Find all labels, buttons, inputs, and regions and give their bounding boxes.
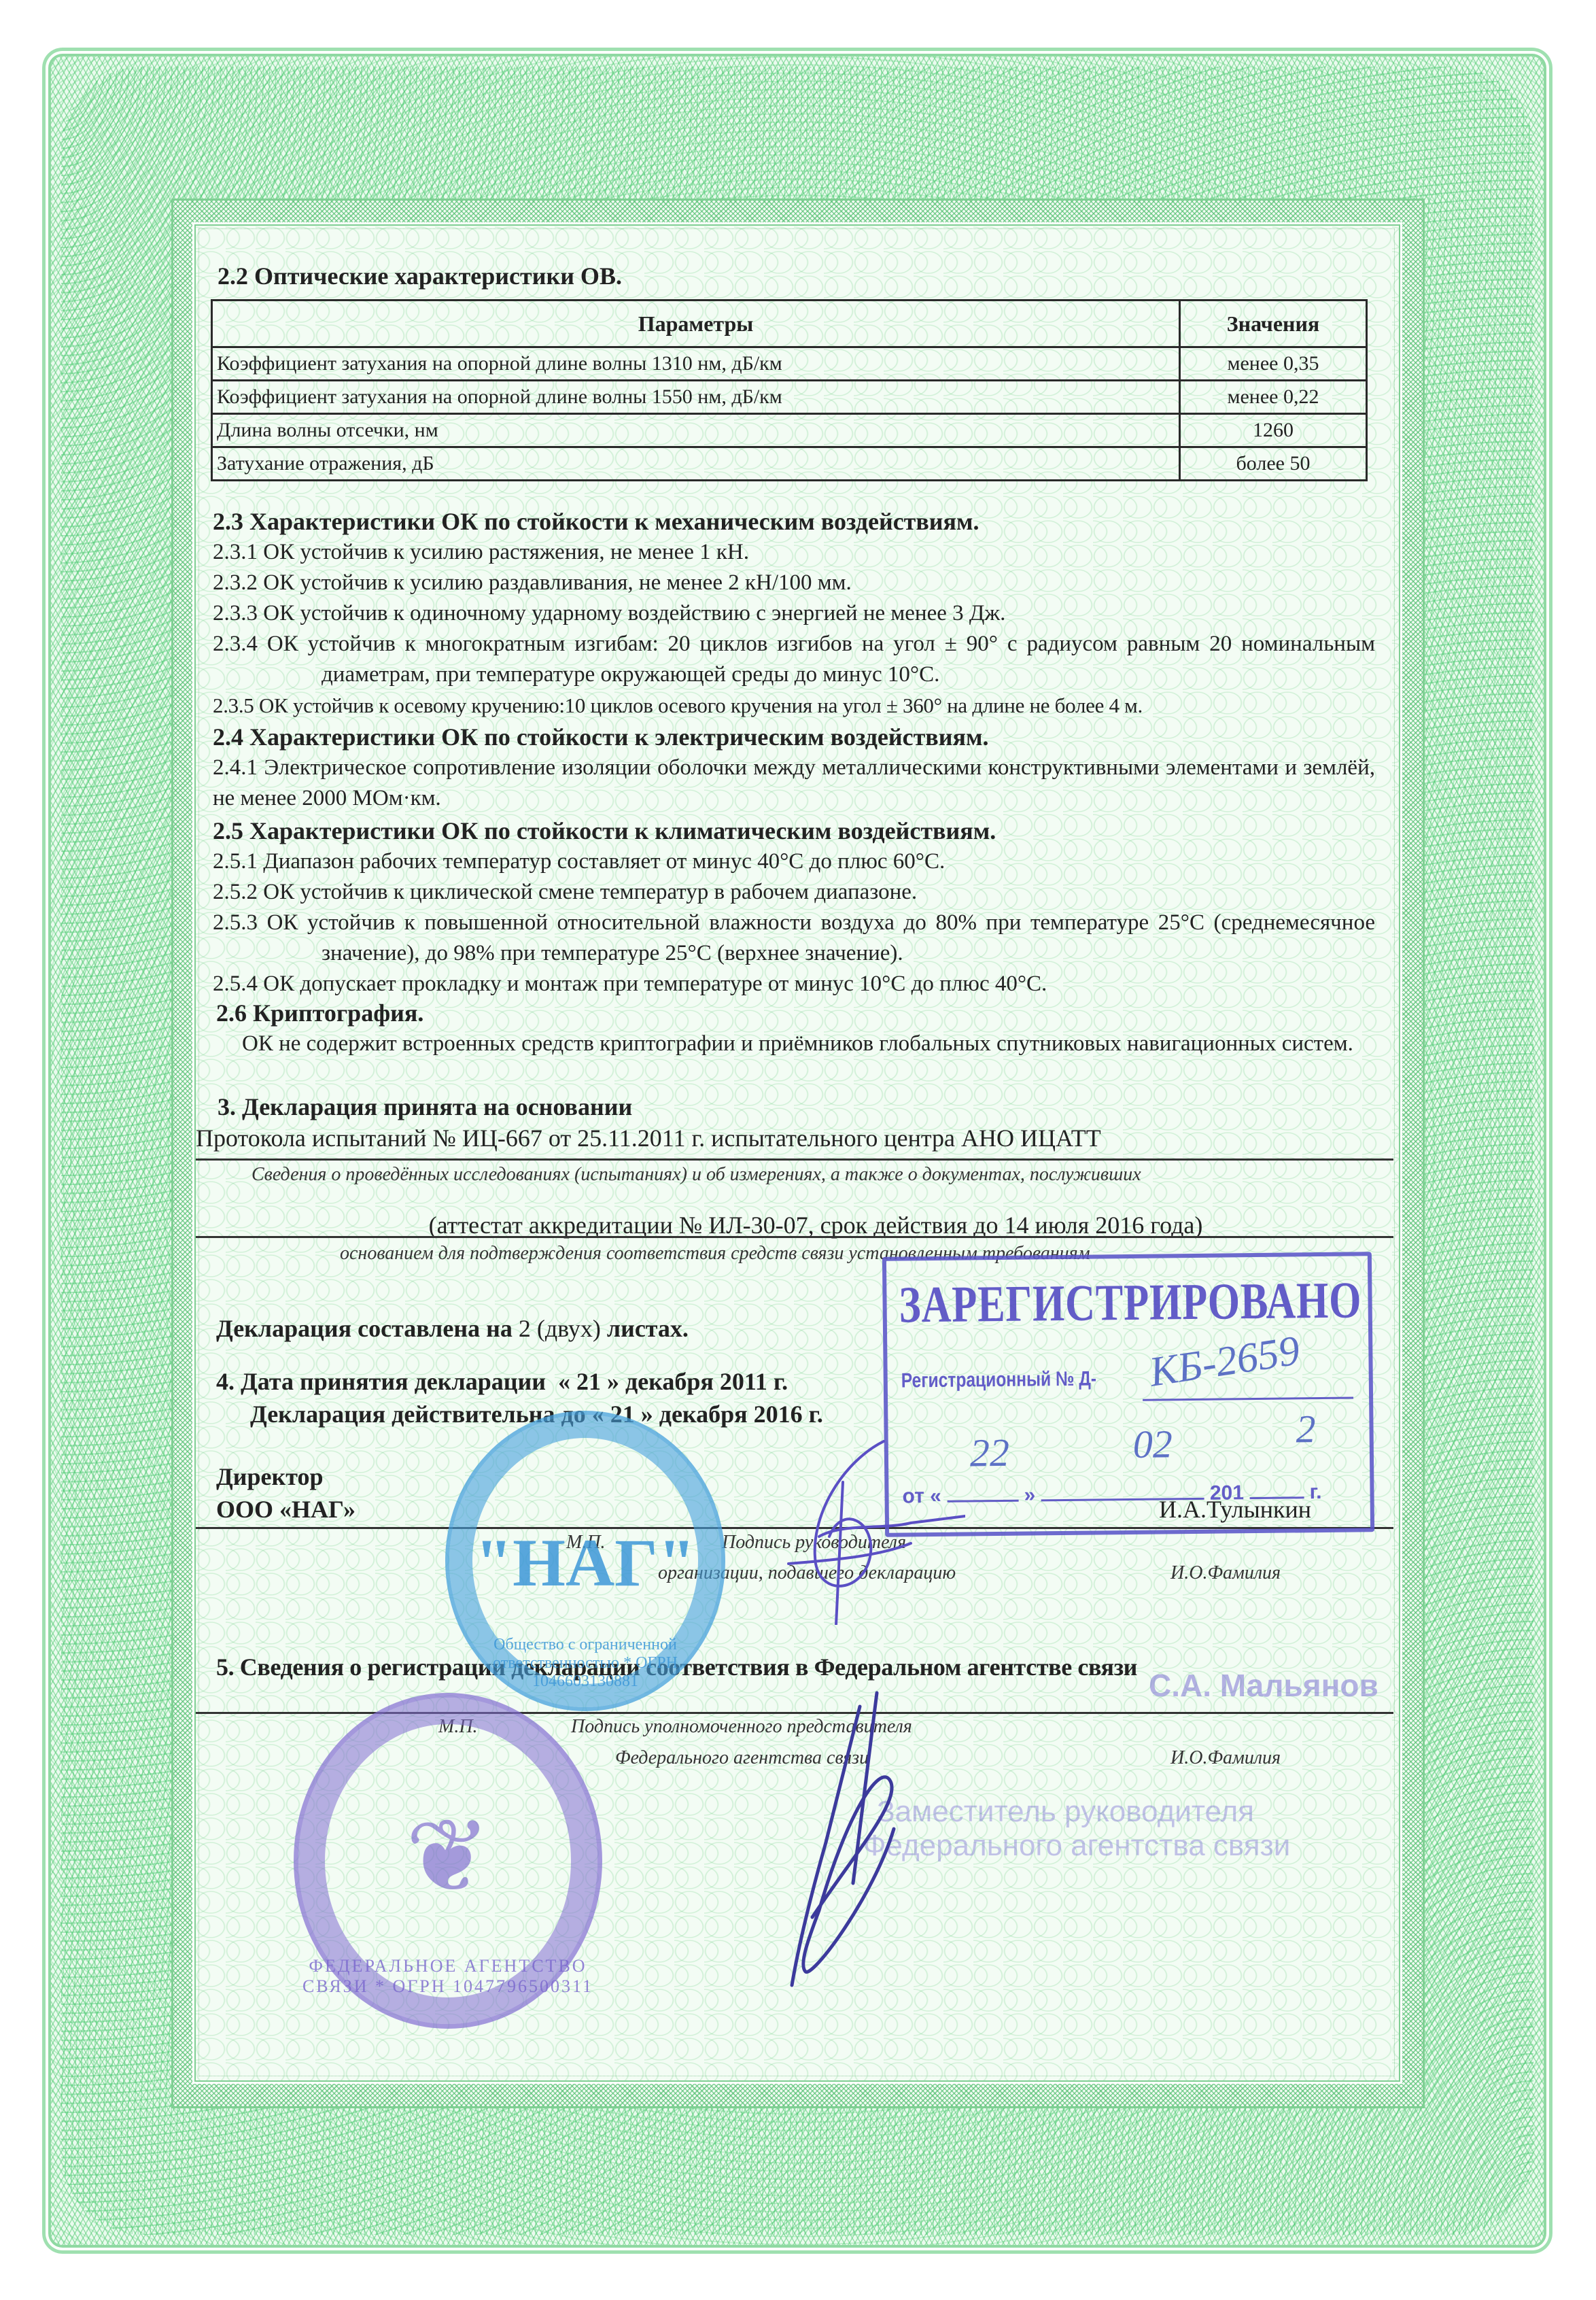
crypto-text: ОК не содержит встроенных средств крипто… [216, 1029, 1378, 1059]
table-row: Длина волны отсечки, нм 1260 [212, 414, 1367, 447]
list-item: 2.5.1 Диапазон рабочих температур состав… [213, 846, 1375, 877]
sheets-prefix: Декларация составлена на [216, 1315, 519, 1342]
sheets-suffix: листах. [601, 1315, 689, 1342]
company-seal-ring-text: Общество с ограниченной ответственностью… [456, 1422, 714, 1700]
value-cell: 1260 [1180, 414, 1367, 447]
value-cell: менее 0,35 [1180, 347, 1367, 381]
coat-of-arms-icon: ❦ [387, 1786, 509, 1929]
value-cell: более 50 [1180, 447, 1367, 481]
list-item: 2.4.1 Электрическое сопротивление изоляц… [213, 753, 1375, 814]
list-item: 2.5.2 ОК устойчив к циклической смене те… [213, 877, 1375, 908]
registration-date: от « » 201 г. [902, 1481, 1321, 1508]
caption-signature: Подпись руководителя [722, 1532, 906, 1554]
list-item: 2.3.5 ОК устойчив к осевому кручению:10 … [213, 690, 1375, 721]
sheets-note: Декларация составлена на 2 (двух) листах… [216, 1314, 689, 1344]
section-2-5-title: 2.5 Характеристики ОК по стойкости к кли… [213, 816, 1375, 846]
param-cell: Коэффициент затухания на опорной длине в… [212, 381, 1180, 414]
section-2-6: 2.6 Криптография. ОК не содержит встроен… [216, 998, 1378, 1059]
registration-number-value: КБ-2659 [1146, 1326, 1303, 1396]
section-2-3-title: 2.3 Характеристики ОК по стойкости к мех… [213, 507, 1375, 537]
section-2-4-title: 2.4 Характеристики ОК по стойкости к эле… [213, 722, 1375, 753]
table-row: Коэффициент затухания на опорной длине в… [212, 347, 1367, 381]
registration-month: 02 [1132, 1421, 1173, 1467]
param-cell: Коэффициент затухания на опорной длине в… [212, 347, 1180, 381]
signatory-organization: ООО «НАГ» [216, 1494, 355, 1525]
registered-title: ЗАРЕГИСТРИРОВАНО [899, 1271, 1362, 1335]
section-2-5: 2.5 Характеристики ОК по стойкости к кли… [213, 816, 1375, 999]
table-row: Затухание отражения, дБ более 50 [212, 447, 1367, 481]
registration-day: 22 [970, 1430, 1010, 1476]
section-3-title: 3. Декларация принята на основании [218, 1092, 632, 1122]
test-protocol-line: Протокола испытаний № ИЦ-667 от 25.11.20… [196, 1123, 1101, 1154]
fill-line [196, 1158, 1393, 1161]
caption-name: И.О.Фамилия [1170, 1747, 1281, 1769]
adoption-label: 4. Дата принятия декларации [216, 1368, 546, 1395]
section-2-3: 2.3 Характеристики ОК по стойкости к мех… [213, 507, 1375, 721]
param-cell: Затухание отражения, дБ [212, 447, 1180, 481]
official-position-stamp-1: Заместитель руководителя [877, 1795, 1254, 1829]
list-item: 2.5.4 ОК допускает прокладку и монтаж пр… [213, 969, 1375, 999]
caption-signature-2: Федерального агентства связи [615, 1747, 869, 1769]
caption-signature: Подпись уполномоченного представителя [571, 1716, 912, 1738]
optical-params-table: Параметры Значения Коэффициент затухания… [211, 299, 1368, 481]
caption-basis: Сведения о проведённых исследованиях (ис… [251, 1164, 1141, 1186]
signatory-position: Директор [216, 1462, 323, 1492]
sheets-count: 2 (двух) [519, 1315, 601, 1342]
fill-line [196, 1236, 1393, 1238]
agency-seal-ring-text: ФЕДЕРАЛЬНОЕ АГЕНТСТВО СВЯЗИ * ОГРН 10477… [298, 1956, 597, 1997]
caption-name: И.О.Фамилия [1170, 1562, 1281, 1584]
adoption-value: « 21 » декабря 2011 г. [558, 1368, 788, 1395]
official-name-stamp: С.А. Мальянов [1149, 1667, 1378, 1704]
section-2-4: 2.4 Характеристики ОК по стойкости к эле… [213, 722, 1375, 814]
official-position-stamp-2: Федерального агентства связи [863, 1829, 1290, 1863]
company-seal: "НАГ" Общество с ограниченной ответствен… [445, 1411, 725, 1711]
section-2-2-title: 2.2 Оптические характеристики ОВ. [218, 262, 622, 290]
list-item: 2.3.2 ОК устойчив к усилию раздавливания… [213, 568, 1375, 598]
registration-stamp: ЗАРЕГИСТРИРОВАНО Регистрационный № Д- КБ… [882, 1252, 1374, 1537]
list-item: 2.3.1 ОК устойчив к усилию растяжения, н… [213, 537, 1375, 568]
adoption-date: 4. Дата принятия декларации « 21 » декаб… [216, 1367, 788, 1397]
registration-number-label: Регистрационный № Д- [901, 1367, 1097, 1392]
registration-year-digit: 2 [1296, 1406, 1316, 1452]
list-item: 2.5.3 ОК устойчив к повышенной относител… [213, 908, 1375, 969]
list-item: 2.3.4 ОК устойчив к многократным изгибам… [213, 629, 1375, 690]
column-header-values: Значения [1180, 301, 1367, 347]
param-cell: Длина волны отсечки, нм [212, 414, 1180, 447]
column-header-params: Параметры [212, 301, 1180, 347]
table-header-row: Параметры Значения [212, 301, 1367, 347]
section-2-6-title: 2.6 Криптография. [216, 998, 1378, 1029]
value-cell: менее 0,22 [1180, 381, 1367, 414]
list-item: 2.3.3 ОК устойчив к одиночному ударному … [213, 598, 1375, 629]
agency-seal: ❦ ФЕДЕРАЛЬНОЕ АГЕНТСТВО СВЯЗИ * ОГРН 104… [294, 1693, 602, 2029]
fill-line [1143, 1397, 1353, 1401]
table-row: Коэффициент затухания на опорной длине в… [212, 381, 1367, 414]
